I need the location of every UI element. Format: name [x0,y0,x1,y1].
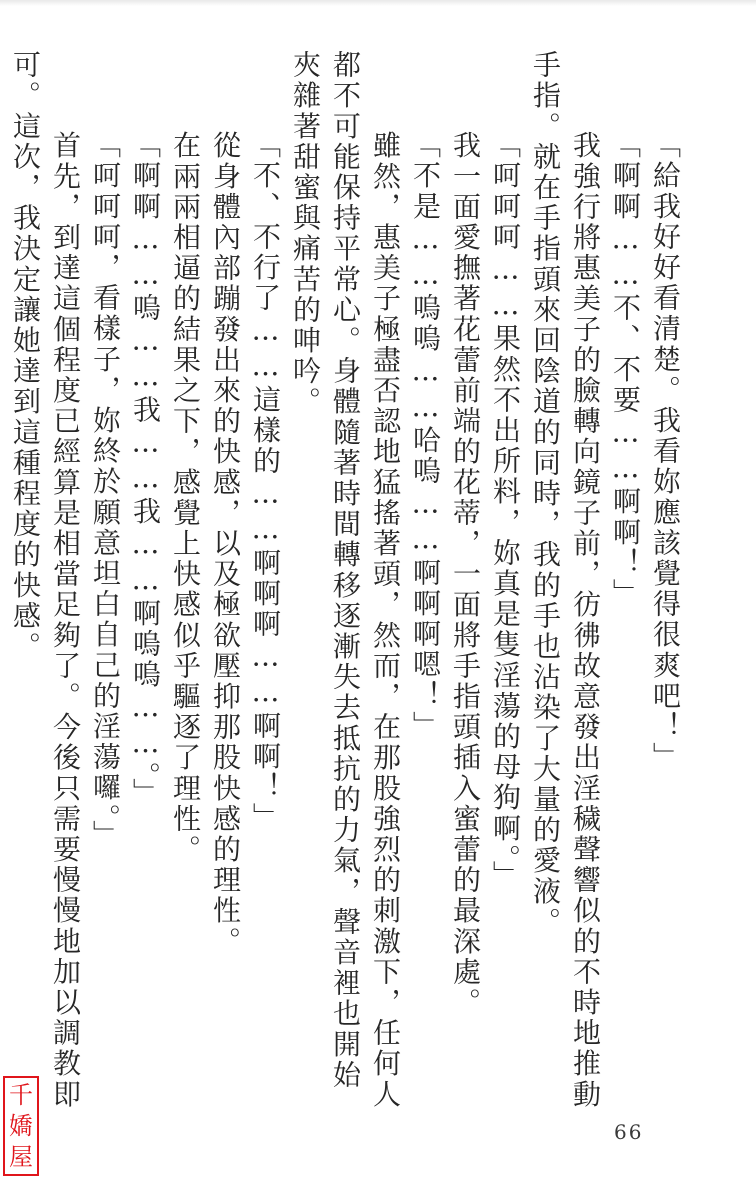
page-number: 66 [614,1120,643,1144]
text-column-7: 「不是……嗚嗚……哈嗚……啊啊啊嗯！」 [406,130,444,741]
seal-character-2: 嬌 [9,1114,33,1138]
text-column-12: 從身體內部蹦發出來的快感，以及極欲壓抑那股快感的理性。 [206,100,244,957]
vertical-text-body: 「給我好好看清楚。我看妳應該覺得很爽吧！」 「啊啊……不、不要……啊啊！」 我強… [0,0,756,1182]
text-column-13: 在兩兩相逼的結果之下，感覺上快感似乎驅逐了理性。 [166,100,204,865]
text-column-16: 首先，到達這個程度已經算是相當足夠了。今後只需要慢慢地加以調教即 [46,100,84,1110]
text-column-2: 「啊啊……不、不要……啊啊！」 [606,130,644,609]
text-column-4: 手指。就在手指頭來回陰道的同時，我的手也沾染了大量的愛液。 [526,50,564,937]
text-column-15: 「呵呵呵，看樣子，妳終於願意坦白自己的淫蕩囉。」 [86,130,124,850]
text-column-6: 我一面愛撫著花蕾前端的花蒂，一面將手指頭插入蜜蕾的最深處。 [446,100,484,1018]
text-column-8: 雖然，惠美子極盡否認地猛搖著頭，然而，在那股強烈的刺激下，任何人 [366,100,404,1110]
text-column-10: 夾雜著甜蜜與痛苦的呻吟。 [286,50,324,417]
text-column-3: 我強行將惠美子的臉轉向鏡子前，彷彿故意發出淫穢聲響似的不時地推動 [566,100,604,1110]
red-seal-stamp: 千 嬌 屋 [3,1076,39,1176]
text-column-11: 「不、不行了……這樣的……啊啊啊……啊啊！」 [246,130,284,833]
text-column-17: 可。這次，我決定讓她達到這種程度的快感。 [6,50,44,662]
text-column-5: 「呵呵呵……果然不出所料，妳真是隻淫蕩的母狗啊。」 [486,130,524,891]
seal-character-3: 屋 [9,1145,33,1169]
seal-character-1: 千 [9,1083,33,1107]
text-column-1: 「給我好好看清楚。我看妳應該覺得很爽吧！」 [646,130,684,773]
text-column-9: 都不可能保持平常心。身體隨著時間轉移逐漸失去抵抗的力氣，聲音裡也開始 [326,50,364,1090]
text-column-14: 「啊啊……嗚……我……我……啊嗚嗚……。」 [126,130,164,809]
